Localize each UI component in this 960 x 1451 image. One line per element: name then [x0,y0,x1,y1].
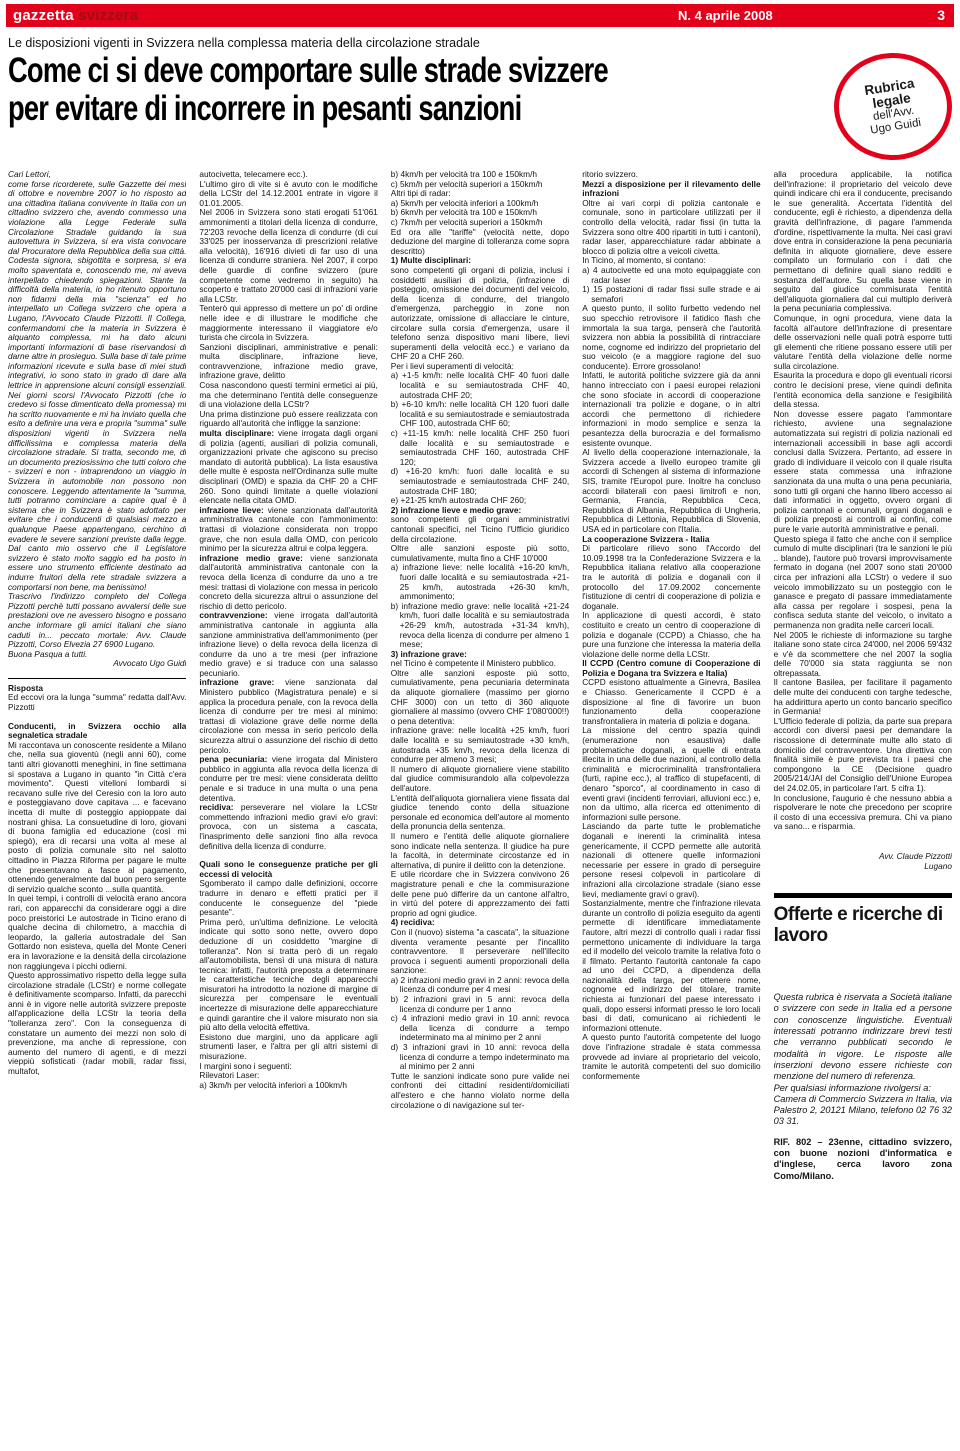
rubric-note: Per qualsiasi informazione rivolgersi a: [774,1083,952,1094]
list-item: b) 2 infrazioni gravi in 5 anni: revoca … [391,995,569,1014]
spacer [774,1128,952,1137]
page-number: 3 [937,7,945,23]
section-title: Offerte e ricerche di lavoro [774,904,952,946]
paragraph: Esaurita la procedura e dopo gli eventua… [774,371,952,409]
spacer [774,832,952,852]
paragraph: Sanzioni disciplinari, amministrative e … [199,343,377,381]
paragraph: Tenterò qui appresso di mettere un po' d… [199,304,377,342]
paragraph: alla procedura applicabile, la notifica … [774,170,952,314]
paragraph: Oltre alle sanzioni esposte più sotto, c… [391,669,569,727]
paragraph-lead: contravvenzione: [199,610,267,620]
paragraph: Il numero e l'entità delle aliquote gior… [391,832,569,870]
paragraph-lead: infrazione medio grave: [199,553,302,563]
paragraph: In applicazione di questi accordi, è sta… [582,611,760,659]
kicker: Le disposizioni vigenti in Svizzera nell… [8,36,480,50]
paragraph: Con il (nuovo) sistema "a cascata", la s… [391,928,569,976]
paragraph: A questo punto, il solito furbetto veden… [582,304,760,371]
rubric-note: Camera di Commercio Svizzera in Italia, … [774,1094,952,1128]
paragraph: L'ultimo giro di vite si è avuto con le … [199,180,377,209]
list-item: a) +1-5 km/h: nelle località CHF 40 fuor… [391,371,569,400]
paragraph: Sostanzialmente, mentre che l'infrazione… [582,899,760,1033]
paragraph: Oltre alle sanzioni esposte più sotto, c… [391,544,569,563]
rubric-note: Questa rubrica è riservata a Società ita… [774,992,952,1082]
paragraph: infrazione grave: nelle località +25 km/… [391,726,569,764]
headline: Come ci si deve comportare sulle strade … [8,52,608,128]
paragraph: sono competenti gli organi di polizia, i… [391,266,569,362]
masthead: gazzetta svizzera N. 4 aprile 2008 3 [6,4,954,27]
signature: Lugano [774,862,952,872]
paragraph: Tutte le sanzioni indicate sono pure val… [391,1072,569,1110]
paragraph-text: viene irrogata dall'autorità amministrat… [199,610,377,678]
text-column-5: alla procedura applicabile, la notifica … [774,170,952,1449]
list-item: a) 2 infrazioni medio gravi in 2 anni: r… [391,976,569,995]
signature: Avvocato Ugo Guidi [8,659,186,669]
paragraph-lead: recidiva: [199,802,233,812]
paragraph-text: viene sanzionata dall'autorità amministr… [199,553,377,611]
paragraph: Mi raccontava un conoscente residente a … [8,741,186,895]
spacer [774,946,952,992]
section-heading: Conducenti, in Svizzera occhio alla segn… [8,722,186,741]
list-item: d) +16-20 km/h: fuori dalle località e s… [391,467,569,496]
paragraph: Esistono due margini, uno da applicare a… [199,1033,377,1062]
stamp-text: Rubrica legale dell'Avv. Ugo Guidi [864,76,923,137]
paragraph: multa disciplinare: viene irrogata dagli… [199,429,377,506]
section-heading: Quali sono le conseguenze pratiche per g… [199,860,377,879]
paragraph: contravvenzione: viene irrogata dall'aut… [199,611,377,678]
paragraph-lead: infrazione grave: [199,677,274,687]
paragraph: A questo punto l'autorità competente del… [582,1033,760,1081]
paragraph: Nel 2005 le richieste di informazione su… [774,631,952,679]
text-column-3: b) 4km/h per velocità tra 100 e 150km/hc… [391,170,569,1449]
list-item: c) 4 infrazioni medio gravi in 10 anni: … [391,1014,569,1043]
paragraph: Di particolare rilievo sono l'Accordo de… [582,544,760,611]
headline-line-2: per evitare di incorrere in pesanti sanz… [8,90,608,128]
list-item: a) 4 autocivette ed una moto equipaggiat… [582,266,760,285]
paragraph: E utile ricordare che in Svizzera conviv… [391,870,569,918]
paragraph: Questo spiega il fatto che anche con il … [774,535,952,631]
paragraph-text: viene irrogata dagli organi di polizia (… [199,428,377,505]
divider-thick [774,893,952,898]
paragraph: Comunque, in ogni procedura, viene data … [774,314,952,372]
paragraph: In quei tempi, i controlli di velocità e… [8,894,186,971]
paragraph: come forse ricorderete, sulle Gazzette d… [8,180,186,593]
paragraph: infrazione lieve: viene sanzionata dall'… [199,506,377,554]
text-column-2: autocivetta, telecamere ecc.).L'ultimo g… [199,170,377,1449]
paragraph: recidiva: perseverare nel violare la LCS… [199,803,377,851]
paragraph: Ed eccovi ora la lunga "summa" redatta d… [8,693,186,712]
paragraph: sono competenti gli organi amministrativ… [391,515,569,544]
newspaper-page: gazzetta svizzera N. 4 aprile 2008 3 Le … [0,0,960,1451]
headline-line-1: Come ci si deve comportare sulle strade … [8,52,608,90]
paragraph: Questo approssimativo rispetto della leg… [8,971,186,1077]
paragraph-lead: infrazione lieve: [199,505,263,515]
paragraph-lead: multa disciplinare: [199,428,274,438]
list-item: b) +6-10 km/h: nelle località CH 120 fuo… [391,400,569,429]
article-body: Cari Lettori,come forse ricorderete, sul… [8,170,952,1449]
paragraph: infrazione medio grave: viene sanzionata… [199,554,377,612]
paragraph: Infatti, le autorità politiche svizzere … [582,371,760,448]
paragraph: Trascrivo l'indirizzo completo del Colle… [8,592,186,650]
paragraph: Il cantone Basilea, per facilitare il pa… [774,678,952,716]
paragraph: L'entità dell'aliquota giornaliera viene… [391,794,569,832]
list-item: 1) 15 postazioni di radar fissi sulle st… [582,285,760,304]
list-item: d) 3 infrazioni gravi in 10 anni: revoca… [391,1043,569,1072]
paragraph: CCPD esistono attualmente a Ginevra, Bas… [582,678,760,726]
paragraph-lead: pena pecuniaria: [199,754,267,764]
list-item: b) infrazione medio grave: nelle localit… [391,602,569,650]
list-item: c) +11-15 km/h: nelle località CHF 250 f… [391,429,569,467]
paragraph: infrazione grave: viene sanzionata dal M… [199,678,377,755]
paragraph: Oltre ai vari corpi di polizia cantonale… [582,199,760,257]
paragraph: L'Ufficio federale di polizia, da parte … [774,717,952,794]
paragraph: Al livello della cooperazione internazio… [582,448,760,534]
paragraph: Lasciando da parte tutte le problematich… [582,822,760,899]
paragraph: Nel 2006 in Svizzera sono stati erogati … [199,208,377,304]
masthead-brand: gazzetta svizzera [13,7,138,24]
list-item: a) 3km/h per velocità inferiori a 100km/… [199,1081,377,1091]
paragraph: Ed ora alle "tariffe" (velocità nette, d… [391,228,569,257]
brand-word-primary: gazzetta [13,7,74,24]
issue-date: N. 4 aprile 2008 [678,8,773,23]
job-ad: RIF. 802 – 23enne, cittadino svizzero, c… [774,1137,952,1182]
rubrica-legale-stamp: Rubrica legale dell'Avv. Ugo Guidi [834,53,952,160]
paragraph: Cosa nascondono questi termini ermetici … [199,381,377,410]
paragraph: Una prima distinzione può essere realizz… [199,410,377,429]
list-item: a) infrazione lieve: nelle località +16-… [391,563,569,601]
paragraph: pena pecuniaria: viene irrogata dal Mini… [199,755,377,803]
paragraph: In conclusione, l'augurio è che nessuno … [774,794,952,832]
paragraph-text: viene sanzionata dal Ministero pubblico … [199,677,377,754]
brand-word-secondary: svizzera [78,7,138,24]
paragraph: Prima però, un'ultima definizione. Le ve… [199,918,377,1033]
divider [8,678,186,679]
paragraph: La missione del centro spazia quindi (en… [582,726,760,822]
paragraph: Il numero di aliquote giornaliere viene … [391,765,569,794]
text-column-1: Cari Lettori,come forse ricorderete, sul… [8,170,186,1449]
paragraph: Non dovesse essere pagato l'ammontare ri… [774,410,952,535]
section-heading: Il CCPD (Centro comune di Cooperazione d… [582,659,760,678]
spacer [774,871,952,891]
text-column-4: ritorio svizzero.Mezzi a disposizione pe… [582,170,760,1449]
paragraph: Sgomberato il campo dalle definizioni, o… [199,879,377,917]
section-heading: Mezzi a disposizione per il rilevamento … [582,180,760,199]
